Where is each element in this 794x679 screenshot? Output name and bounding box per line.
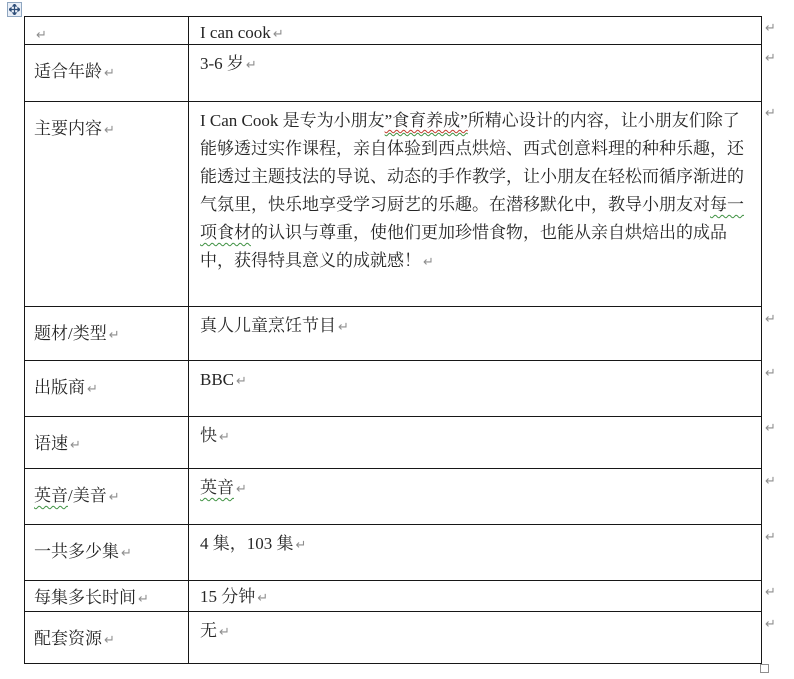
cell-text: 3-6 岁: [200, 54, 244, 73]
cell-text: 的认识与尊重，使他们更加珍惜食物，也能从亲自烘焙出的成品中，获得特具意义的成就感…: [200, 223, 727, 270]
row-value-cell[interactable]: I Can Cook 是专为小朋友”食育养成”所精心设计的内容，让小朋友们除了能…: [189, 102, 761, 306]
move-icon: [9, 4, 20, 15]
row-label-cell[interactable]: 题材/类型↵: [25, 307, 189, 360]
cell-text: 快: [200, 426, 217, 445]
row-end-mark: ↵: [765, 21, 776, 36]
cell-text: 15 分钟: [200, 587, 255, 606]
paragraph-mark: ↵: [236, 374, 247, 389]
row-end-mark: ↵: [765, 366, 776, 381]
paragraph-mark: ↵: [273, 27, 284, 42]
row-end-mark: ↵: [765, 617, 776, 632]
paragraph-mark: ↵: [70, 438, 81, 453]
row-label-cell[interactable]: 每集多长时间↵: [25, 581, 189, 611]
row-label: 适合年龄: [34, 62, 102, 81]
row-value-cell[interactable]: 无↵: [189, 612, 761, 663]
row-label: 配套资源: [34, 629, 102, 648]
document-canvas: ↵ I can cook↵ 适合年龄↵ 3-6 岁↵ 主要内容↵ I Can C…: [0, 0, 794, 679]
paragraph-mark: ↵: [219, 625, 230, 640]
table-row: 题材/类型↵ 真人儿童烹饪节目↵: [25, 307, 761, 361]
row-end-mark: ↵: [765, 421, 776, 436]
table-row: 适合年龄↵ 3-6 岁↵: [25, 45, 761, 102]
row-label: 题材/类型: [34, 324, 107, 343]
row-label: 每集多长时间: [34, 588, 136, 607]
row-label: 一共多少集: [34, 542, 119, 561]
cell-text: 无: [200, 621, 217, 640]
row-label-cell[interactable]: 语速↵: [25, 417, 189, 468]
row-value-cell[interactable]: 15 分钟↵: [189, 581, 761, 611]
row-value-cell[interactable]: 英音↵: [189, 469, 761, 524]
table-row: 语速↵ 快↵: [25, 417, 761, 469]
cell-text: BBC: [200, 370, 234, 389]
row-label: 出版商: [34, 378, 85, 397]
row-label-cell[interactable]: 出版商↵: [25, 361, 189, 416]
paragraph-mark: ↵: [104, 123, 115, 138]
row-end-mark: ↵: [765, 312, 776, 327]
table-row: 一共多少集↵ 4 集，103 集↵: [25, 525, 761, 581]
row-value-cell[interactable]: 真人儿童烹饪节目↵: [189, 307, 761, 360]
paragraph-mark: ↵: [338, 320, 349, 335]
paragraph-mark: ↵: [236, 482, 247, 497]
table-row: 英音/美音↵ 英音↵: [25, 469, 761, 525]
paragraph-mark: ↵: [104, 66, 115, 81]
row-value-cell[interactable]: 快↵: [189, 417, 761, 468]
table-row: 出版商↵ BBC↵: [25, 361, 761, 417]
cell-text: 4 集，103 集: [200, 534, 294, 553]
cell-text: I Can Cook 是专为小朋友: [200, 111, 385, 130]
row-label-cell[interactable]: 主要内容↵: [25, 102, 189, 306]
paragraph-mark: ↵: [219, 430, 230, 445]
cell-text: 真人儿童烹饪节目: [200, 316, 336, 335]
paragraph-mark: ↵: [109, 328, 120, 343]
row-label-cell[interactable]: 一共多少集↵: [25, 525, 189, 580]
spellcheck-squiggle: ”食育养成”: [385, 111, 468, 130]
paragraph-mark: ↵: [104, 633, 115, 648]
cell-text: I can cook: [200, 23, 271, 42]
table-row: 每集多长时间↵ 15 分钟↵: [25, 581, 761, 612]
row-value-cell[interactable]: BBC↵: [189, 361, 761, 416]
row-value-cell[interactable]: 4 集，103 集↵: [189, 525, 761, 580]
row-label-cell[interactable]: ↵: [25, 17, 189, 44]
row-label: /美音: [68, 486, 107, 505]
paragraph-mark: ↵: [36, 28, 47, 43]
row-value-cell[interactable]: 3-6 岁↵: [189, 45, 761, 101]
paragraph-mark: ↵: [246, 58, 257, 73]
row-label-cell[interactable]: 适合年龄↵: [25, 45, 189, 101]
row-label: 主要内容: [34, 119, 102, 138]
row-end-mark: ↵: [765, 106, 776, 121]
row-end-mark: ↵: [765, 585, 776, 600]
row-end-mark: ↵: [765, 530, 776, 545]
row-end-mark: ↵: [765, 474, 776, 489]
table-row: ↵ I can cook↵: [25, 17, 761, 45]
row-label-cell[interactable]: 英音/美音↵: [25, 469, 189, 524]
paragraph-mark: ↵: [423, 255, 434, 270]
row-label-cell[interactable]: 配套资源↵: [25, 612, 189, 663]
cell-text: 英音: [200, 478, 234, 497]
table-move-handle[interactable]: [7, 2, 22, 17]
table-resize-handle[interactable]: [760, 664, 769, 673]
row-value-cell[interactable]: I can cook↵: [189, 17, 761, 44]
table: ↵ I can cook↵ 适合年龄↵ 3-6 岁↵ 主要内容↵ I Can C…: [24, 16, 762, 664]
paragraph-mark: ↵: [109, 490, 120, 505]
table-row: 主要内容↵ I Can Cook 是专为小朋友”食育养成”所精心设计的内容，让小…: [25, 102, 761, 307]
row-label: 英音: [34, 486, 68, 505]
paragraph-mark: ↵: [87, 382, 98, 397]
paragraph-mark: ↵: [296, 538, 307, 553]
row-label: 语速: [34, 434, 68, 453]
paragraph-mark: ↵: [121, 546, 132, 561]
row-end-mark: ↵: [765, 51, 776, 66]
cell-text: ”食育养成”: [385, 111, 468, 130]
table-row: 配套资源↵ 无↵: [25, 612, 761, 663]
paragraph-mark: ↵: [257, 591, 268, 606]
paragraph-mark: ↵: [138, 592, 149, 607]
